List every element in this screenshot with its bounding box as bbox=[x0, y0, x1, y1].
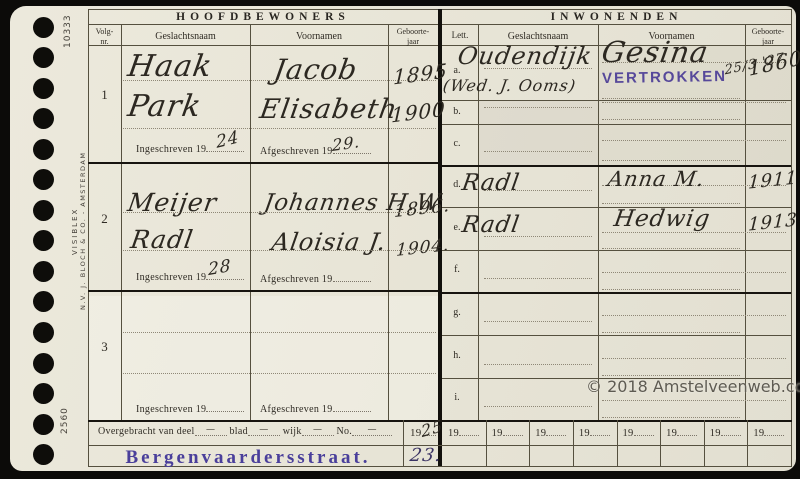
dotted-line bbox=[602, 102, 786, 103]
footer-cell-line bbox=[529, 420, 530, 466]
row-line bbox=[442, 335, 791, 336]
footer-cell-line bbox=[660, 420, 661, 466]
dotted-line bbox=[123, 332, 436, 333]
entry-geslachtsnaam: Haak bbox=[126, 52, 215, 82]
column-header-geslachtsnaam-left: Geslachtsnaam bbox=[121, 31, 250, 42]
dotted-line bbox=[123, 80, 436, 81]
dotted-line bbox=[602, 140, 786, 141]
no-label: No. bbox=[336, 426, 352, 437]
serial-number-bottom: 2560 bbox=[60, 400, 70, 442]
dotted-line bbox=[123, 250, 436, 251]
overgebracht-label: Overgebracht van deel bbox=[98, 426, 195, 437]
dotted-fill bbox=[634, 426, 654, 436]
inwonenden-row-letter: f. bbox=[442, 250, 472, 292]
maker-company-label: N.V. J. BLOCH & CO. - AMSTERDAM bbox=[79, 121, 87, 341]
row-line bbox=[442, 124, 791, 125]
dotted-fill bbox=[333, 272, 371, 282]
punch-hole bbox=[33, 78, 54, 99]
dotted-line bbox=[484, 151, 592, 152]
dotted-fill bbox=[459, 426, 479, 436]
dotted-line bbox=[602, 400, 786, 401]
year-prefix: 19 bbox=[492, 428, 503, 439]
dotted-fill bbox=[764, 426, 784, 436]
column-header-voornamen-left: Voornamen bbox=[250, 31, 388, 42]
ingeschreven-text: Ingeschreven 19 bbox=[136, 272, 206, 283]
dash-mark: — bbox=[313, 425, 322, 435]
dotted-fill bbox=[677, 426, 697, 436]
entry-geslachtsnaam: Oudendijk bbox=[456, 44, 594, 68]
afgeschreven-text: Afgeschreven 19 bbox=[260, 146, 333, 157]
dotted-fill: — bbox=[195, 426, 227, 436]
entry-voornamen: Anna M. bbox=[606, 169, 706, 190]
afgeschreven-label: Afgeschreven 19 bbox=[260, 402, 371, 415]
dotted-fill bbox=[206, 402, 244, 412]
inwonenden-row-letter: b. bbox=[442, 100, 472, 124]
entry-geboortejaar: 1913 bbox=[748, 211, 798, 234]
street-stamp: Bergenvaardersstraat. bbox=[98, 448, 398, 467]
dotted-line bbox=[602, 375, 740, 376]
punch-hole bbox=[33, 169, 54, 190]
dotted-line bbox=[602, 160, 740, 161]
dotted-line bbox=[123, 373, 436, 374]
copyright-watermark: © 2018 Amstelveenweb.com bbox=[586, 377, 800, 396]
punch-hole bbox=[33, 414, 54, 435]
punch-hole bbox=[33, 444, 54, 465]
ingeschreven-text: Ingeschreven 19 bbox=[136, 144, 206, 155]
year-prefix: 19 bbox=[448, 428, 459, 439]
dotted-fill bbox=[590, 426, 610, 436]
dash-mark: — bbox=[206, 425, 215, 435]
dotted-line bbox=[602, 332, 740, 333]
dotted-line bbox=[602, 417, 740, 418]
afgeschreven-text: Afgeschreven 19 bbox=[260, 274, 333, 285]
footer-cell-line bbox=[486, 420, 487, 466]
punch-hole bbox=[33, 47, 54, 68]
dotted-line bbox=[602, 289, 740, 290]
year-prefix: 19 bbox=[710, 428, 721, 439]
volgnr-3: 3 bbox=[88, 340, 121, 354]
entry-voornamen: Hedwig bbox=[612, 208, 712, 231]
dotted-fill: — bbox=[302, 426, 334, 436]
entry-geboortejaar: 1895 bbox=[393, 61, 448, 88]
block-separator bbox=[88, 162, 438, 164]
maker-name-label: VISIBLEX bbox=[71, 151, 79, 311]
dotted-line bbox=[123, 128, 436, 129]
dotted-fill bbox=[503, 426, 523, 436]
dotted-line bbox=[123, 212, 436, 213]
entry-voornamen: Elisabeth bbox=[258, 96, 400, 123]
scan-shade bbox=[478, 100, 598, 165]
entry-voornamen: Gesina bbox=[600, 38, 711, 67]
year-cell: 19 bbox=[448, 426, 479, 440]
footer-cell-line bbox=[403, 420, 404, 466]
dash-mark: — bbox=[259, 425, 268, 435]
dotted-line bbox=[484, 364, 592, 365]
dotted-line bbox=[484, 278, 592, 279]
volgnr-1: 1 bbox=[88, 88, 121, 102]
year-prefix: 19 bbox=[579, 428, 590, 439]
dotted-line bbox=[602, 98, 740, 99]
ingeschreven-label: Ingeschreven 19 bbox=[136, 402, 244, 415]
dotted-line bbox=[484, 406, 592, 407]
entry-geboortejaar: 1911 bbox=[748, 169, 798, 192]
punch-hole bbox=[33, 291, 54, 312]
hoofdbewoners-title: HOOFDBEWONERS bbox=[88, 11, 438, 24]
row-line bbox=[442, 250, 791, 251]
year-cell: 19 bbox=[579, 426, 610, 440]
entry-geboortejaar: 1900 bbox=[391, 99, 446, 126]
column-line bbox=[121, 24, 122, 420]
year-prefix: 19 bbox=[410, 427, 422, 439]
inwonenden-row-letter: g. bbox=[442, 292, 472, 335]
house-number: 23. bbox=[409, 447, 443, 465]
dotted-line bbox=[602, 315, 786, 316]
header-underline-left bbox=[88, 45, 438, 46]
punch-hole bbox=[33, 322, 54, 343]
dotted-line bbox=[602, 272, 786, 273]
punch-hole bbox=[33, 383, 54, 404]
dash-mark: — bbox=[367, 425, 376, 435]
year-prefix: 19 bbox=[666, 428, 677, 439]
punch-hole bbox=[33, 139, 54, 160]
title-underline-right bbox=[442, 24, 791, 25]
column-header-lett: Lett. bbox=[442, 31, 478, 41]
wijk-label: wijk bbox=[283, 426, 302, 437]
year-cell: 19 bbox=[492, 426, 523, 440]
punch-hole bbox=[33, 353, 54, 374]
dotted-fill bbox=[333, 402, 371, 412]
punch-hole bbox=[33, 17, 54, 38]
afgeschreven-year-value: 29. bbox=[332, 134, 360, 154]
overgebracht-line: Overgebracht van deel— blad— wijk— No.— bbox=[98, 426, 392, 437]
punch-hole bbox=[33, 200, 54, 221]
column-line bbox=[250, 24, 251, 420]
title-underline-left bbox=[88, 24, 438, 25]
column-line bbox=[745, 24, 746, 420]
inwonenden-row-letter: i. bbox=[442, 378, 472, 420]
dotted-fill: — bbox=[248, 426, 280, 436]
row-line bbox=[442, 100, 791, 101]
footer-cell-line bbox=[617, 420, 618, 466]
registration-card: 10333 2560 VISIBLEX N.V. J. BLOCH & CO. … bbox=[10, 6, 796, 471]
photo-background: 10333 2560 VISIBLEX N.V. J. BLOCH & CO. … bbox=[0, 0, 800, 479]
serial-number-top: 10333 bbox=[63, 11, 73, 51]
column-line bbox=[598, 24, 599, 420]
afgeschreven-label: Afgeschreven 19 bbox=[260, 272, 371, 285]
year-cell: 19 bbox=[666, 426, 697, 440]
dotted-fill: — bbox=[352, 426, 392, 436]
block-separator bbox=[88, 290, 438, 292]
block-separator bbox=[442, 292, 791, 294]
column-line bbox=[388, 24, 389, 420]
entry-geslachtsnaam: Park bbox=[126, 92, 204, 122]
column-header-geboortejaar-right: Geboorte- jaar bbox=[745, 27, 791, 46]
vertrokken-stamp: VERTROKKEN bbox=[602, 69, 727, 86]
dotted-line bbox=[602, 358, 786, 359]
year-prefix: 19 bbox=[535, 428, 546, 439]
volgnr-2: 2 bbox=[88, 212, 121, 226]
year-cell: 19 bbox=[535, 426, 566, 440]
entry-geslachtsnaam: Radl bbox=[129, 227, 195, 252]
column-header-geslachtsnaam-right: Geslachtsnaam bbox=[478, 31, 598, 42]
column-header-volgnr: Volg- nr. bbox=[88, 27, 121, 46]
dotted-line bbox=[602, 248, 740, 249]
year-cell: 19 bbox=[753, 426, 784, 440]
punch-hole bbox=[33, 261, 54, 282]
dotted-line bbox=[602, 119, 740, 120]
table-left-line bbox=[88, 9, 89, 466]
year-cell: 19 bbox=[623, 426, 654, 440]
dotted-line bbox=[484, 107, 592, 108]
entry-geslachtsnaam: Radl bbox=[460, 214, 521, 237]
year-cell: 19 bbox=[710, 426, 741, 440]
inwonenden-row-letter: c. bbox=[442, 124, 472, 165]
dotted-fill bbox=[546, 426, 566, 436]
inwonenden-row-letter: h. bbox=[442, 335, 472, 378]
dotted-line bbox=[602, 203, 740, 204]
entry-toevoeging: (Wed. J. Ooms) bbox=[442, 78, 578, 94]
ingeschreven-year-value: 28 bbox=[208, 258, 232, 279]
footer-cell-line bbox=[704, 420, 705, 466]
year-prefix: 19 bbox=[753, 428, 764, 439]
dotted-line bbox=[484, 321, 592, 322]
punch-hole bbox=[33, 108, 54, 129]
footer-cell-line bbox=[573, 420, 574, 466]
table-right-line bbox=[791, 9, 792, 466]
blad-label: blad bbox=[229, 426, 247, 437]
punch-hole bbox=[33, 230, 54, 251]
entry-geslachtsnaam: Radl bbox=[460, 172, 521, 195]
inwonenden-title: INWONENDEN bbox=[442, 11, 791, 24]
year-prefix: 19 bbox=[623, 428, 634, 439]
dotted-fill bbox=[721, 426, 741, 436]
footer-cell-line bbox=[747, 420, 748, 466]
afgeschreven-text: Afgeschreven 19 bbox=[260, 404, 333, 415]
column-header-geboortejaar-left: Geboorte- jaar bbox=[388, 27, 438, 46]
ingeschreven-text: Ingeschreven 19 bbox=[136, 404, 206, 415]
